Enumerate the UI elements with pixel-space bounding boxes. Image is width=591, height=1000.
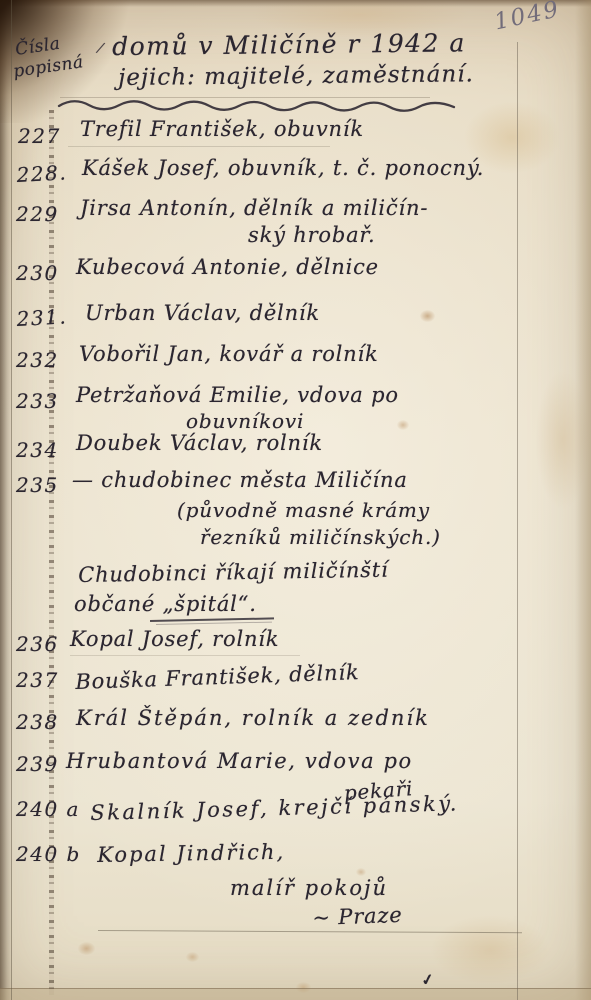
entry-text: Doubek Václav, rolník (76, 431, 323, 455)
entry-number: 239 (16, 752, 59, 776)
register-title-line2: jejich: majitelé, zaměstnání. (118, 61, 474, 91)
entry-text: Jirsa Antonín, dělník a miličín- (80, 196, 428, 220)
entry-text: Bouška František, dělník (75, 660, 360, 694)
entry-number: 231. (16, 304, 68, 331)
entry-number: 235 (16, 473, 59, 497)
wavy-underline (56, 93, 462, 115)
entry-text: Petržaňová Emilie, vdova po (76, 383, 399, 407)
entry-text: Skalník Josef, krejčí pánský. (90, 791, 459, 825)
checkmark: ✓ (420, 970, 436, 990)
entry-number: 234 (16, 438, 59, 462)
entry-number: 227 (18, 124, 61, 148)
entry-number: 228. (16, 160, 68, 187)
entry-number: 240 a (16, 797, 80, 821)
entry-number: 240 b (16, 842, 81, 866)
entry-text-continuation: ský hrobař. (248, 223, 375, 247)
paper-stain (397, 420, 409, 430)
entry-number: 238 (16, 710, 59, 734)
page-edge-right (575, 0, 591, 1000)
entry-text-continuation: (původně masné krámy (177, 498, 430, 522)
margin-rule-left (11, 0, 12, 1000)
paper-stain (356, 868, 366, 876)
entry-number: 230 (16, 261, 59, 285)
spital-underline-smudge (156, 622, 272, 625)
entry-text: Král Štěpán, rolník a zedník (76, 706, 430, 730)
entry-text-continuation: malíř pokojů (230, 876, 388, 900)
paper-stain (78, 942, 95, 955)
entry-text: Hrubantová Marie, vdova po (66, 749, 413, 773)
entry-text-continuation: obuvníkovi (186, 409, 304, 433)
entry-text: Kubecová Antonie, dělnice (76, 255, 379, 279)
paper-stain (186, 952, 199, 962)
margin-rule-right (517, 42, 518, 1000)
paper-stain (430, 915, 550, 985)
note-line: Chudobinci říkají miličínští (78, 558, 389, 587)
entry-text: Urban Václav, dělník (85, 301, 320, 325)
entry-text-continuation: ~ Praze (312, 903, 403, 930)
register-title-line1: domů v Miličíně r 1942 a (112, 28, 466, 61)
paper-stain (420, 310, 435, 322)
entry-number: 233 (16, 389, 59, 413)
entry-text: Trefil František, obuvník (80, 117, 364, 141)
note-line: občané „špitál“. (74, 592, 257, 616)
scanned-register-page: 1049 Čísla popisná / domů v Miličíně r 1… (0, 0, 591, 1000)
entry-text: Kopal Jindřich, (97, 840, 285, 867)
entry-text: Vobořil Jan, kovář a rolník (79, 342, 379, 366)
entry-text: Kopal Josef, rolník (70, 627, 279, 651)
entry-text-continuation: řezníků miličínských.) (200, 525, 441, 549)
entry-number: 232 (16, 348, 59, 372)
entry-text: — chudobinec města Miličína (72, 468, 408, 492)
ghost-rule (68, 146, 330, 147)
entry-number: 229 (16, 202, 59, 226)
entry-number: 236 (16, 632, 59, 656)
page-edge-bottom (0, 988, 591, 1000)
entry-number: 237 (16, 668, 59, 692)
ghost-rule (70, 655, 300, 656)
entry-text: Kášek Josef, obuvník, t. č. ponocný. (82, 156, 484, 180)
